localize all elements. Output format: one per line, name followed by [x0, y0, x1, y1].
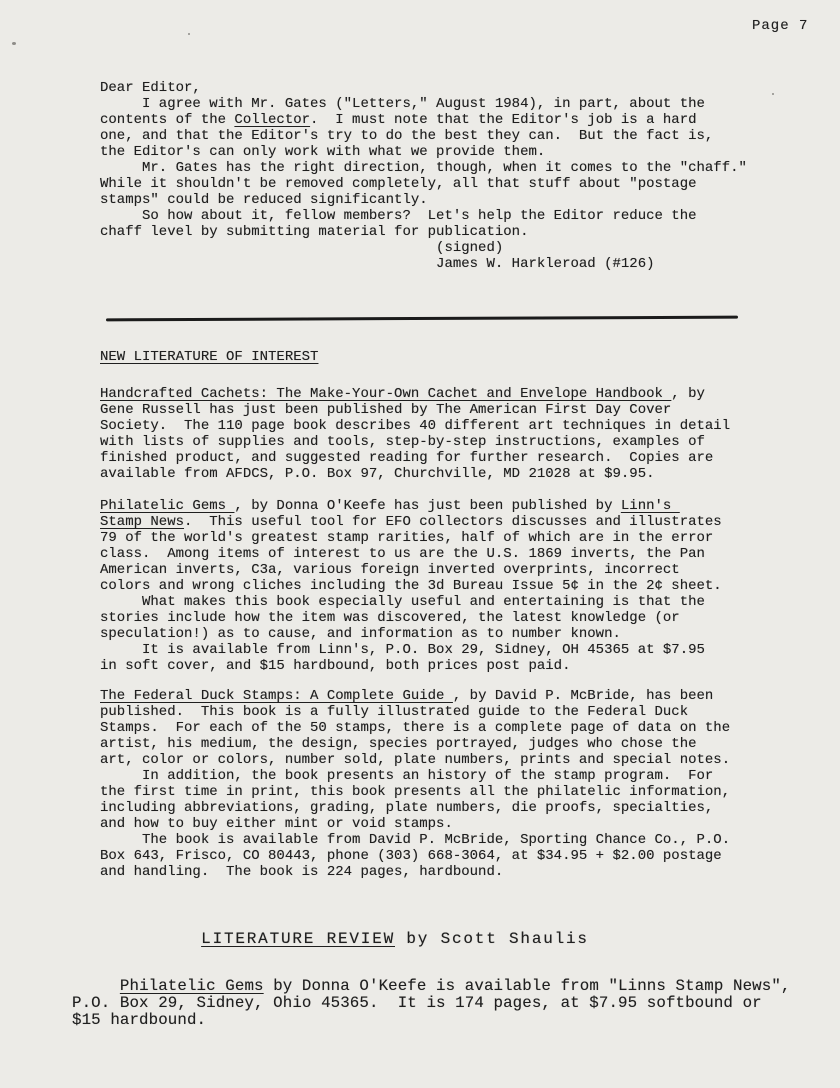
text-line: (signed)	[100, 240, 747, 256]
text-line: Stamp News. This useful tool for EFO col…	[100, 514, 722, 530]
text-line: So how about it, fellow members? Let's h…	[100, 208, 747, 224]
text-line: The Federal Duck Stamps: A Complete Guid…	[100, 688, 730, 704]
text-line: the Editor's can only work with what we …	[100, 144, 747, 160]
text-line: Philatelic Gems by Donna O'Keefe is avai…	[72, 978, 791, 995]
text-line: The book is available from David P. McBr…	[100, 832, 730, 848]
text-line: colors and wrong cliches including the 3…	[100, 578, 722, 594]
text-line: contents of the Collector. I must note t…	[100, 112, 747, 128]
text-line: American inverts, C3a, various foreign i…	[100, 562, 722, 578]
page-number: Page 7	[752, 18, 808, 34]
text-line: 79 of the world's greatest stamp raritie…	[100, 530, 722, 546]
text-line: and handling. The book is 224 pages, har…	[100, 864, 730, 880]
section-divider	[106, 316, 738, 322]
scan-speck	[12, 42, 16, 45]
text-line: stamps" could be reduced significantly.	[100, 192, 747, 208]
text-line: P.O. Box 29, Sidney, Ohio 45365. It is 1…	[72, 995, 791, 1012]
text-line: Box 643, Frisco, CO 80443, phone (303) 6…	[100, 848, 730, 864]
text-line: Philatelic Gems , by Donna O'Keefe has j…	[100, 498, 722, 514]
scan-speck	[188, 33, 190, 35]
literature-review-heading: LITERATURE REVIEW by Scott Shaulis	[0, 930, 790, 948]
book-review-philatelic-gems: Philatelic Gems , by Donna O'Keefe has j…	[100, 498, 722, 674]
new-literature-heading: NEW LITERATURE OF INTEREST	[100, 349, 318, 365]
text-line: speculation!) as to cause, and informati…	[100, 626, 722, 642]
text-line: in soft cover, and $15 hardbound, both p…	[100, 658, 722, 674]
text-line: with lists of supplies and tools, step-b…	[100, 434, 730, 450]
text-line: What makes this book especially useful a…	[100, 594, 722, 610]
text-line: While it shouldn't be removed completely…	[100, 176, 747, 192]
text-line: I agree with Mr. Gates ("Letters," Augus…	[100, 96, 747, 112]
text-line: Mr. Gates has the right direction, thoug…	[100, 160, 747, 176]
text-line: art, color or colors, number sold, plate…	[100, 752, 730, 768]
text-line: and how to buy either mint or void stamp…	[100, 816, 730, 832]
text-line: class. Among items of interest to us are…	[100, 546, 722, 562]
text-line: including abbreviations, grading, plate …	[100, 800, 730, 816]
document-page: Page 7 Dear Editor, I agree with Mr. Gat…	[0, 0, 840, 1088]
literature-review-body: Philatelic Gems by Donna O'Keefe is avai…	[72, 978, 791, 1029]
book-review-handcrafted-cachets: Handcrafted Cachets: The Make-Your-Own C…	[100, 386, 730, 482]
text-line: $15 hardbound.	[72, 1012, 791, 1029]
text-line: artist, his medium, the design, species …	[100, 736, 730, 752]
text-line: published. This book is a fully illustra…	[100, 704, 730, 720]
text-line: NEW LITERATURE OF INTEREST	[100, 349, 318, 365]
letter-to-editor: Dear Editor, I agree with Mr. Gates ("Le…	[100, 80, 747, 272]
text-line: one, and that the Editor's try to do the…	[100, 128, 747, 144]
text-line: finished product, and suggested reading …	[100, 450, 730, 466]
text-line: Stamps. For each of the 50 stamps, there…	[100, 720, 730, 736]
text-line: chaff level by submitting material for p…	[100, 224, 747, 240]
text-line: the first time in print, this book prese…	[100, 784, 730, 800]
text-line: stories include how the item was discove…	[100, 610, 722, 626]
text-line: It is available from Linn's, P.O. Box 29…	[100, 642, 722, 658]
scan-speck	[772, 93, 774, 95]
text-line: LITERATURE REVIEW by Scott Shaulis	[0, 930, 790, 948]
text-line: In addition, the book presents an histor…	[100, 768, 730, 784]
text-line: available from AFDCS, P.O. Box 97, Churc…	[100, 466, 730, 482]
book-review-federal-duck-stamps: The Federal Duck Stamps: A Complete Guid…	[100, 688, 730, 880]
text-line: Society. The 110 page book describes 40 …	[100, 418, 730, 434]
text-line: James W. Harkleroad (#126)	[100, 256, 747, 272]
text-line: Gene Russell has just been published by …	[100, 402, 730, 418]
text-line: Dear Editor,	[100, 80, 747, 96]
text-line: Handcrafted Cachets: The Make-Your-Own C…	[100, 386, 730, 402]
